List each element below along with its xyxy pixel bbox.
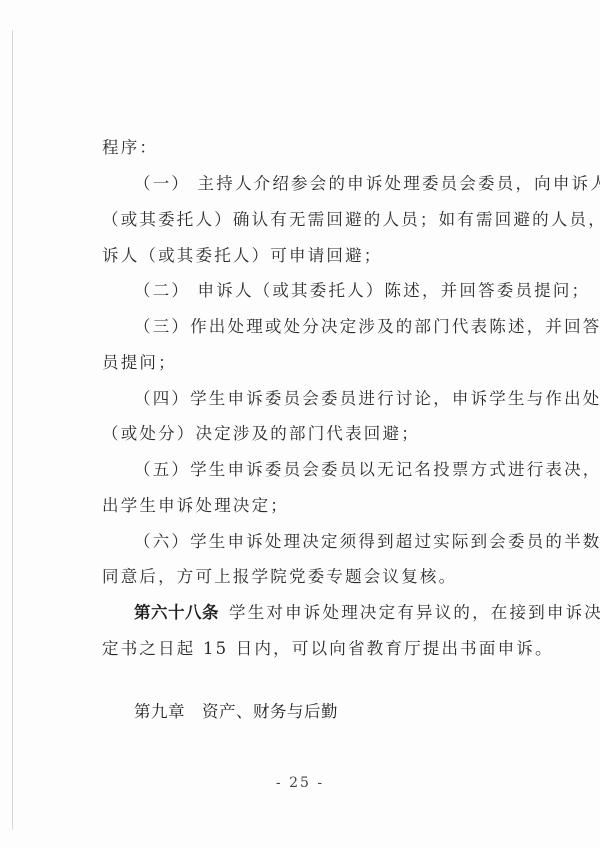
article-68: 第六十八条学生对申诉处理决定有异议的，在接到申诉决 <box>134 603 522 623</box>
text-line: 诉人（或其委托人）可申请回避； <box>102 246 522 266</box>
scan-edge-line <box>12 30 13 830</box>
text-line: （三）作出处理或处分决定涉及的部门代表陈述，并回答委 <box>134 317 522 337</box>
text-line: （六）学生申诉处理决定须得到超过实际到会委员的半数 <box>134 532 522 552</box>
text-line: 员提问； <box>102 353 522 373</box>
document-page: 程序： （一） 主持人介绍参会的申诉处理委员会委员，向申诉人 （或其委托人）确认… <box>0 0 600 848</box>
chapter-title: 第九章 资产、财务与后勤 <box>134 702 522 722</box>
text-line: 程序： <box>102 138 522 158</box>
text-line: 同意后，方可上报学院党委专题会议复核。 <box>102 567 522 587</box>
text-line: （一） 主持人介绍参会的申诉处理委员会委员，向申诉人 <box>134 174 522 194</box>
text-line: 定书之日起 15 日内，可以向省教育厅提出书面申诉。 <box>102 639 522 659</box>
text-line: （五）学生申诉委员会委员以无记名投票方式进行表决，作 <box>134 460 522 480</box>
page-number: - 25 - <box>0 775 600 791</box>
text-line: （或处分）决定涉及的部门代表回避； <box>102 424 522 444</box>
text-line: （或其委托人）确认有无需回避的人员；如有需回避的人员，申 <box>102 210 522 230</box>
article-text: 学生对申诉处理决定有异议的，在接到申诉决 <box>229 603 600 622</box>
text-line: （二） 申诉人（或其委托人）陈述，并回答委员提问； <box>134 281 522 301</box>
article-heading: 第六十八条 <box>134 603 219 622</box>
text-line: （四）学生申诉委员会委员进行讨论，申诉学生与作出处理 <box>134 389 522 409</box>
text-line: 出学生申诉处理决定； <box>102 496 522 516</box>
